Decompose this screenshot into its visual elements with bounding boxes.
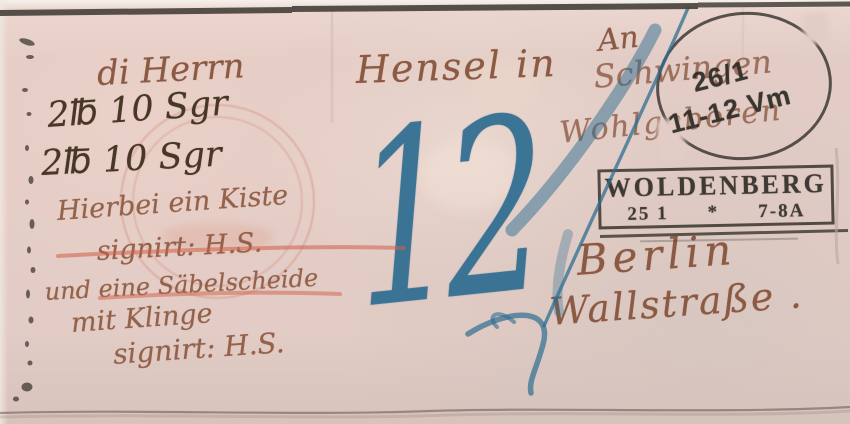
scan-backing-top [0, 0, 850, 8]
boxstamp-date: 25 1 [627, 203, 669, 226]
letter-scan: An di Herrn Hensel in Schwingen Wohlgebo… [0, 0, 850, 424]
stamp-ring-gap [802, 12, 831, 45]
handwriting-recipient-prefix: An [596, 20, 640, 59]
scan-backing-left [0, 0, 8, 424]
boxed-town-stamp: WOLDENBERG 25 1 * 7-8A [597, 165, 834, 230]
boxstamp-time: 7-8A [758, 200, 806, 223]
boxstamp-town: WOLDENBERG [600, 168, 831, 204]
boxstamp-dateline: 25 1 * 7-8A [601, 200, 831, 227]
blue-rate-figure: 12 [350, 85, 540, 343]
fold-crease [331, 8, 333, 123]
boxstamp-star: * [707, 202, 719, 224]
